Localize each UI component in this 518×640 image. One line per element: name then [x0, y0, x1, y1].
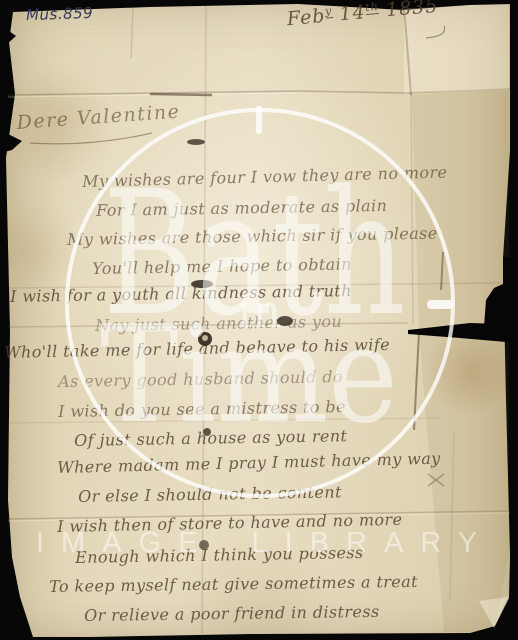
photographed-letter: Mus.859 Feby14th1835 Dere Valentine My w…: [0, 0, 518, 640]
image-library-watermark-text: IMAGE LIBRARY: [36, 527, 494, 560]
poem-line: To keep myself neat give sometimes a tre…: [49, 572, 418, 596]
poem-line: My wishes are four I vow they are no mor…: [82, 162, 448, 191]
poem-line: Where madam me I pray I must have my way: [57, 449, 441, 477]
poem-line: I wish do you see a mistress to be: [58, 397, 346, 421]
poem-line: As every good husband should do: [58, 367, 343, 391]
poem-line: My wishes are those which sir if you ple…: [67, 224, 438, 249]
poem-line: Or relieve a poor friend in distress: [84, 602, 380, 625]
poem-line: Who'll take me for life and behave to hi…: [4, 335, 390, 362]
poem-line: Or else I should not be content: [78, 482, 342, 506]
poem-line: For I am just as moderate as plain: [96, 196, 387, 220]
poem-line: I wish for a youth all kindness and trut…: [10, 281, 352, 306]
poem-line: Of just such a house as you rent: [74, 426, 347, 450]
poem-line: You'll help me I hope to obtain: [92, 254, 352, 278]
poem-line: Nay just such another as you: [95, 312, 342, 335]
